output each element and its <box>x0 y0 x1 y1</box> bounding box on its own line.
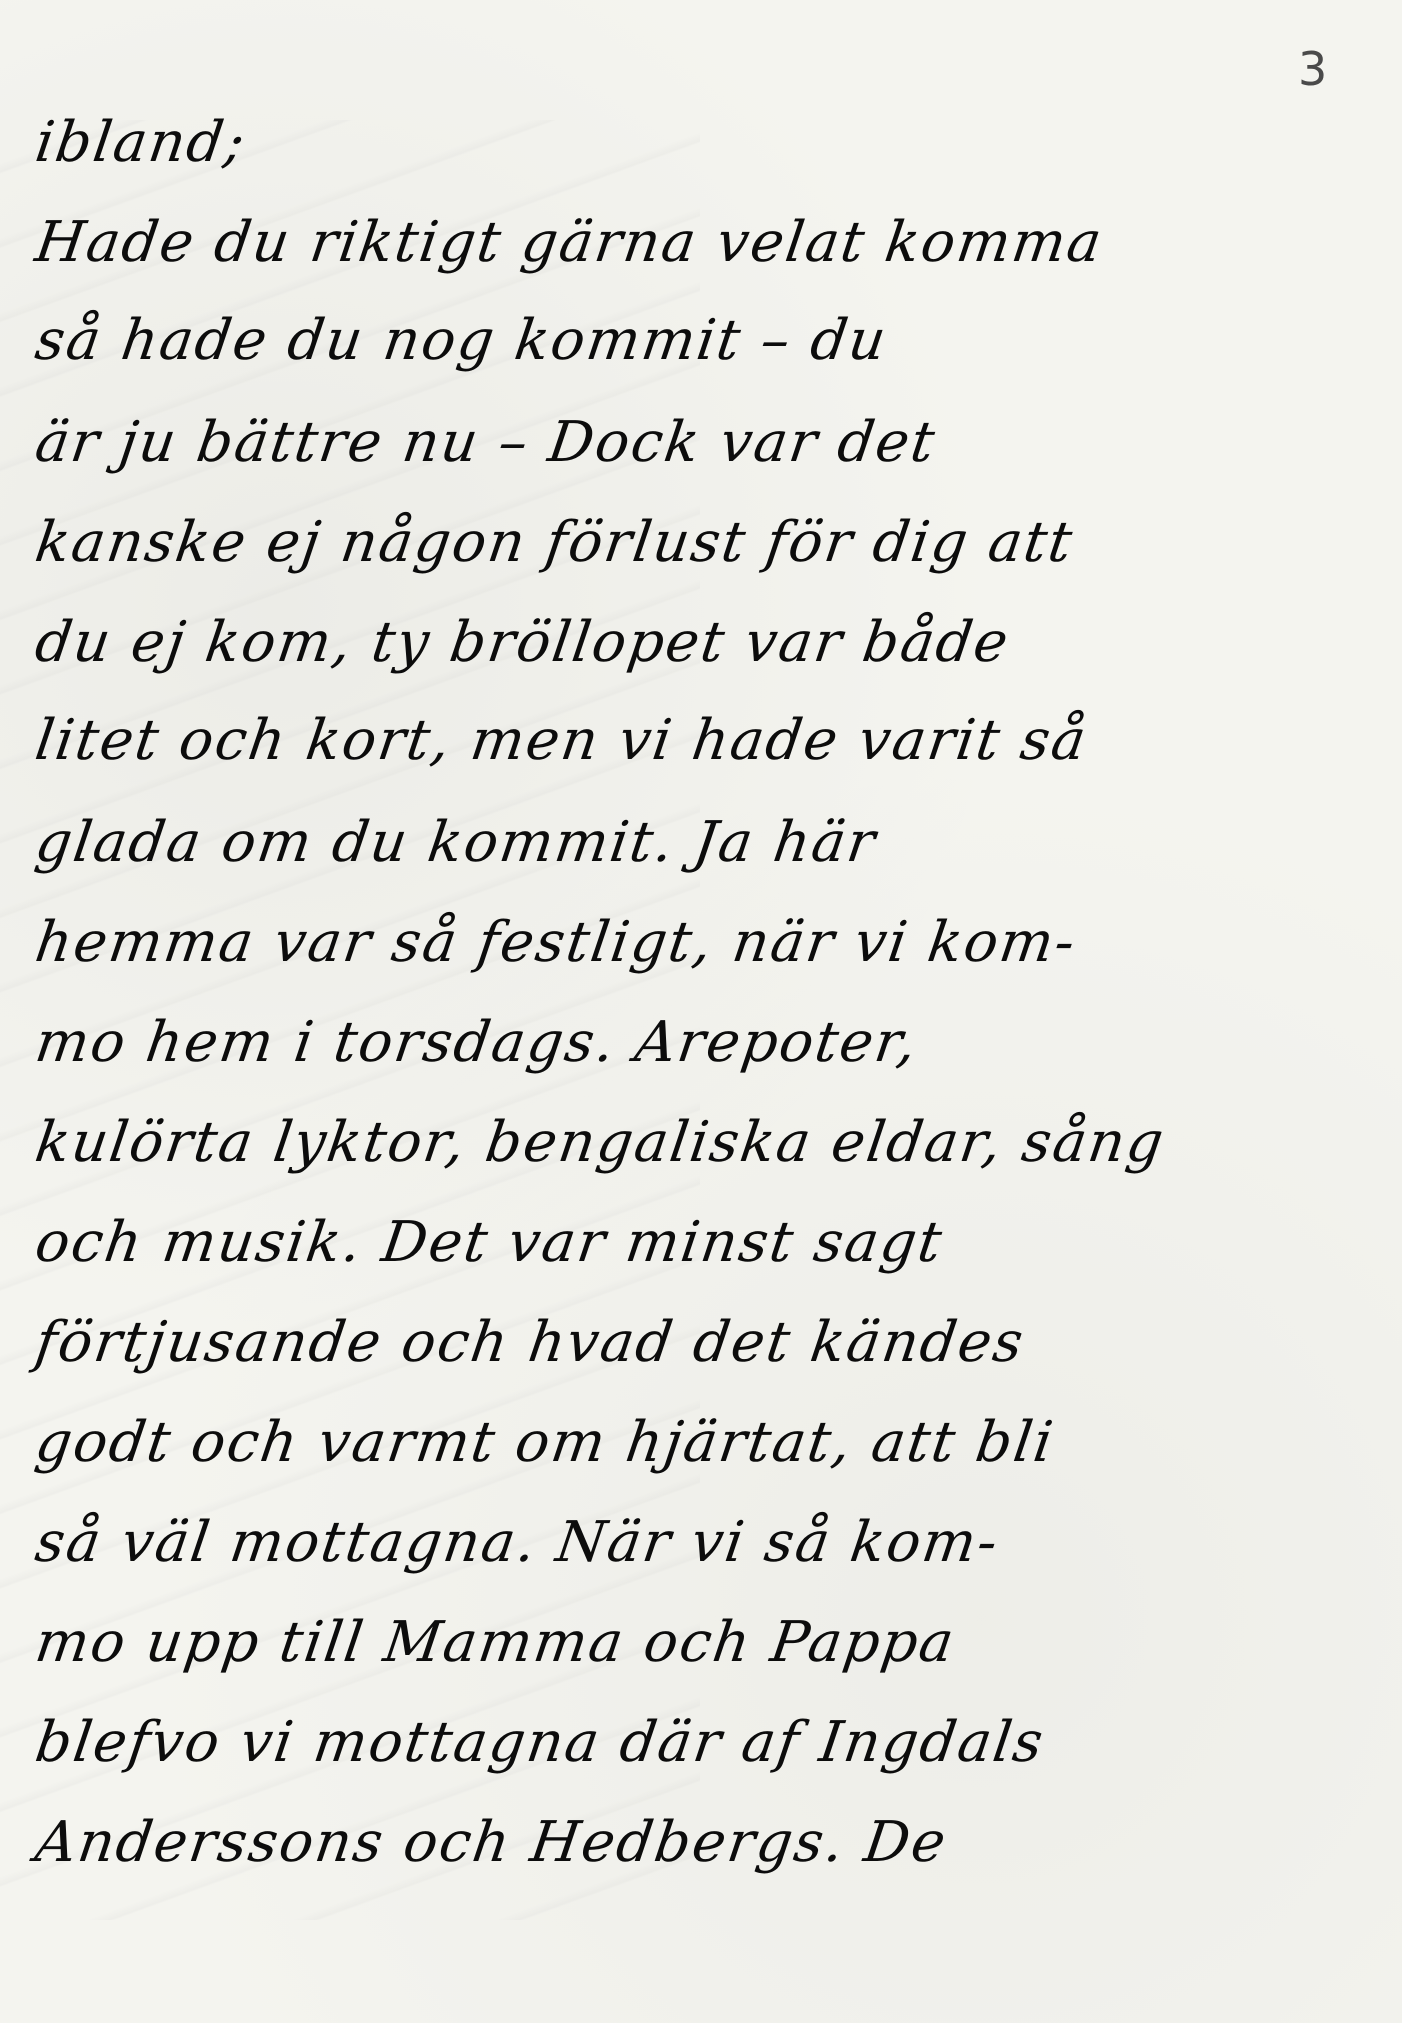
letter-line: Anderssons och Hedbergs. De <box>31 1810 951 1875</box>
letter-line: du ej kom, ty bröllopet var både <box>31 610 1013 675</box>
letter-line: blefvo vi mottagna där af Ingdals <box>31 1710 1048 1775</box>
letter-line: glada om du kommit. Ja här <box>31 810 880 875</box>
letter-line: kulörta lyktor, bengaliska eldar, sång <box>31 1110 1169 1175</box>
letter-line: Hade du riktigt gärna velat komma <box>31 210 1107 275</box>
letter-line: litet och kort, men vi hade varit så <box>31 708 1091 773</box>
letter-line: kanske ej någon förlust för dig att <box>31 510 1077 575</box>
letter-line: mo hem i torsdags. Arepoter, <box>31 1010 922 1075</box>
letter-line: är ju bättre nu – Dock var det <box>31 410 940 475</box>
letter-line: förtjusande och hvad det kändes <box>31 1310 1028 1375</box>
letter-line: så väl mottagna. När vi så kom- <box>31 1510 1003 1575</box>
letter-line: hemma var så festligt, när vi kom- <box>31 910 1080 975</box>
letter-line: godt och varmt om hjärtat, att bli <box>31 1410 1058 1475</box>
letter-line: så hade du nog kommit – du <box>31 308 891 373</box>
letter-line: mo upp till Mamma och Pappa <box>31 1610 959 1675</box>
page-number: 3 <box>1298 42 1327 96</box>
letter-line: och musik. Det var minst sagt <box>31 1210 947 1275</box>
letter-line: ibland; <box>31 110 250 175</box>
